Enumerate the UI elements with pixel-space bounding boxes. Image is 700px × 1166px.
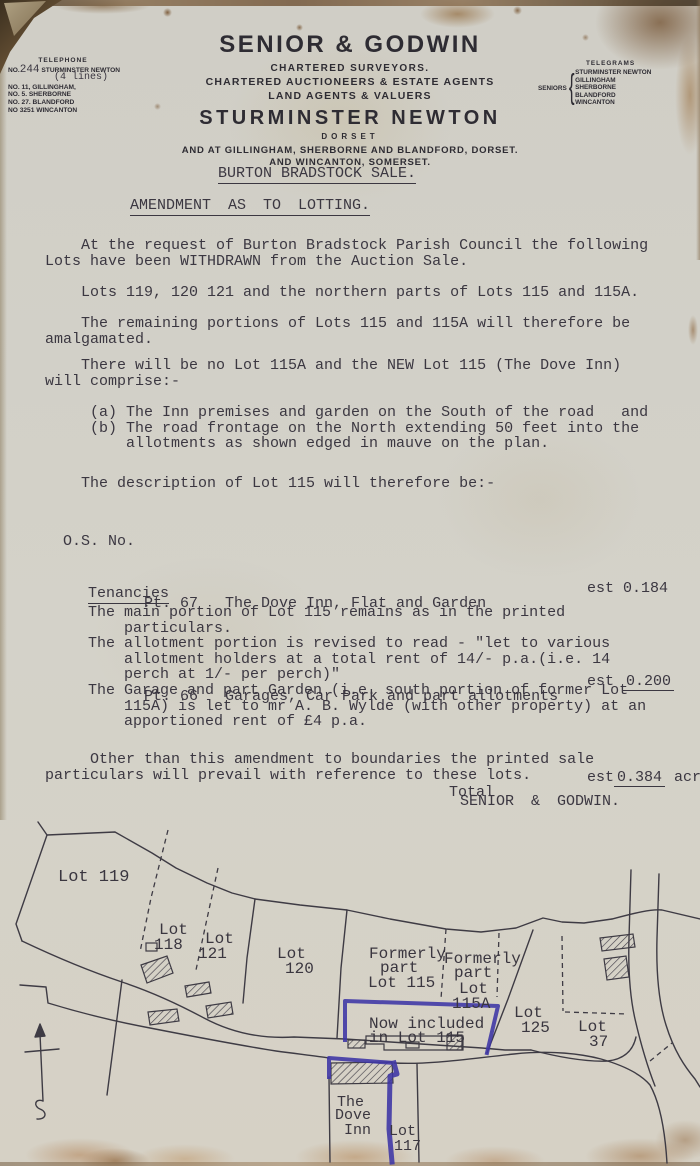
map-label: 115A: [452, 995, 491, 1013]
telephone-line: NO 3251 WINCANTON: [8, 107, 158, 115]
map-label: 117: [394, 1138, 421, 1155]
telephone-block: TELEPHONE NO.244 STURMINSTER NEWTON (4 l…: [8, 57, 158, 114]
telephone-line: NO. 5. SHERBORNE: [8, 91, 158, 99]
schedule-estimate-total: est0.384 acres: [587, 770, 700, 786]
plan-labels: Lot 119Lot118Lot121Lot120FormerlypartLot…: [58, 868, 608, 1155]
telegrams-towns: STURMINSTER NEWTON GILLINGHAM SHERBORNE …: [575, 69, 651, 106]
map-label: 37: [589, 1033, 608, 1051]
telegrams-town: SHERBORNE: [575, 84, 651, 91]
paragraph-request: At the request of Burton Bradstock Paris…: [45, 238, 648, 269]
schedule-heading: O.S. No.: [63, 534, 685, 550]
map-label: 125: [521, 1019, 550, 1037]
list-comprise: (a) The Inn premises and garden on the S…: [45, 405, 648, 452]
telegrams-heading: TELEGRAMS: [586, 60, 698, 67]
telephone-line: NO. 27. BLANDFORD: [8, 99, 158, 107]
telegrams-town: WINCANTON: [575, 99, 651, 106]
telephone-lines-note: (4 lines): [54, 74, 158, 82]
telegrams-town: STURMINSTER NEWTON: [575, 69, 651, 76]
tenancy-item: The Garage and part Garden (i.e. south p…: [88, 683, 646, 730]
brace-glyph: {: [569, 84, 575, 91]
map-label: 121: [198, 945, 227, 963]
page-top-edge: [0, 0, 700, 6]
telegrams-town: GILLINGHAM: [575, 77, 651, 84]
map-label: 120: [285, 960, 314, 978]
telegrams-prefix: SENIORS: [538, 85, 567, 92]
amendment-title: AMENDMENT AS TO LOTTING.: [130, 198, 370, 214]
map-label: 118: [154, 936, 183, 954]
paragraph-new-lot: There will be no Lot 115A and the NEW Lo…: [45, 358, 621, 389]
tenancy-item: The allotment portion is revised to read…: [88, 636, 610, 683]
paragraph-lots-withdrawn: Lots 119, 120 121 and the northern parts…: [45, 285, 639, 301]
tenancies-heading: Tenancies: [88, 586, 169, 602]
lotting-plan: Lot 119Lot118Lot121Lot120FormerlypartLot…: [0, 806, 700, 1166]
map-label: Lot 115: [368, 974, 435, 992]
telegrams-town: BLANDFORD: [575, 92, 651, 99]
sale-title: BURTON BRADSTOCK SALE.: [218, 166, 416, 182]
map-label: Inn: [344, 1122, 371, 1139]
telephone-line: NO. 11, GILLINGHAM,: [8, 84, 158, 92]
telephone-number-244: 244: [20, 64, 40, 76]
firm-branches-1: AND AT GILLINGHAM, SHERBORNE AND BLANDFO…: [0, 145, 700, 156]
firm-name: SENIOR & GODWIN: [0, 31, 700, 59]
tenancy-item: The main portion of Lot 115 remains as i…: [88, 605, 565, 636]
telegrams-block: TELEGRAMS SENIORS { STURMINSTER NEWTON G…: [538, 60, 698, 106]
paragraph-description: The description of Lot 115 will therefor…: [45, 476, 495, 492]
scanned-letter-page: SENIOR & GODWIN CHARTERED SURVEYORS. CHA…: [0, 0, 700, 1166]
schedule-estimate: est 0.184: [587, 581, 668, 597]
paragraph-amalgamated: The remaining portions of Lots 115 and 1…: [45, 316, 630, 347]
closing-paragraph: Other than this amendment to boundaries …: [45, 752, 594, 783]
map-label: in Lot 115: [369, 1029, 465, 1047]
firm-county: DORSET: [0, 132, 700, 141]
map-label: Lot 119: [58, 868, 129, 887]
